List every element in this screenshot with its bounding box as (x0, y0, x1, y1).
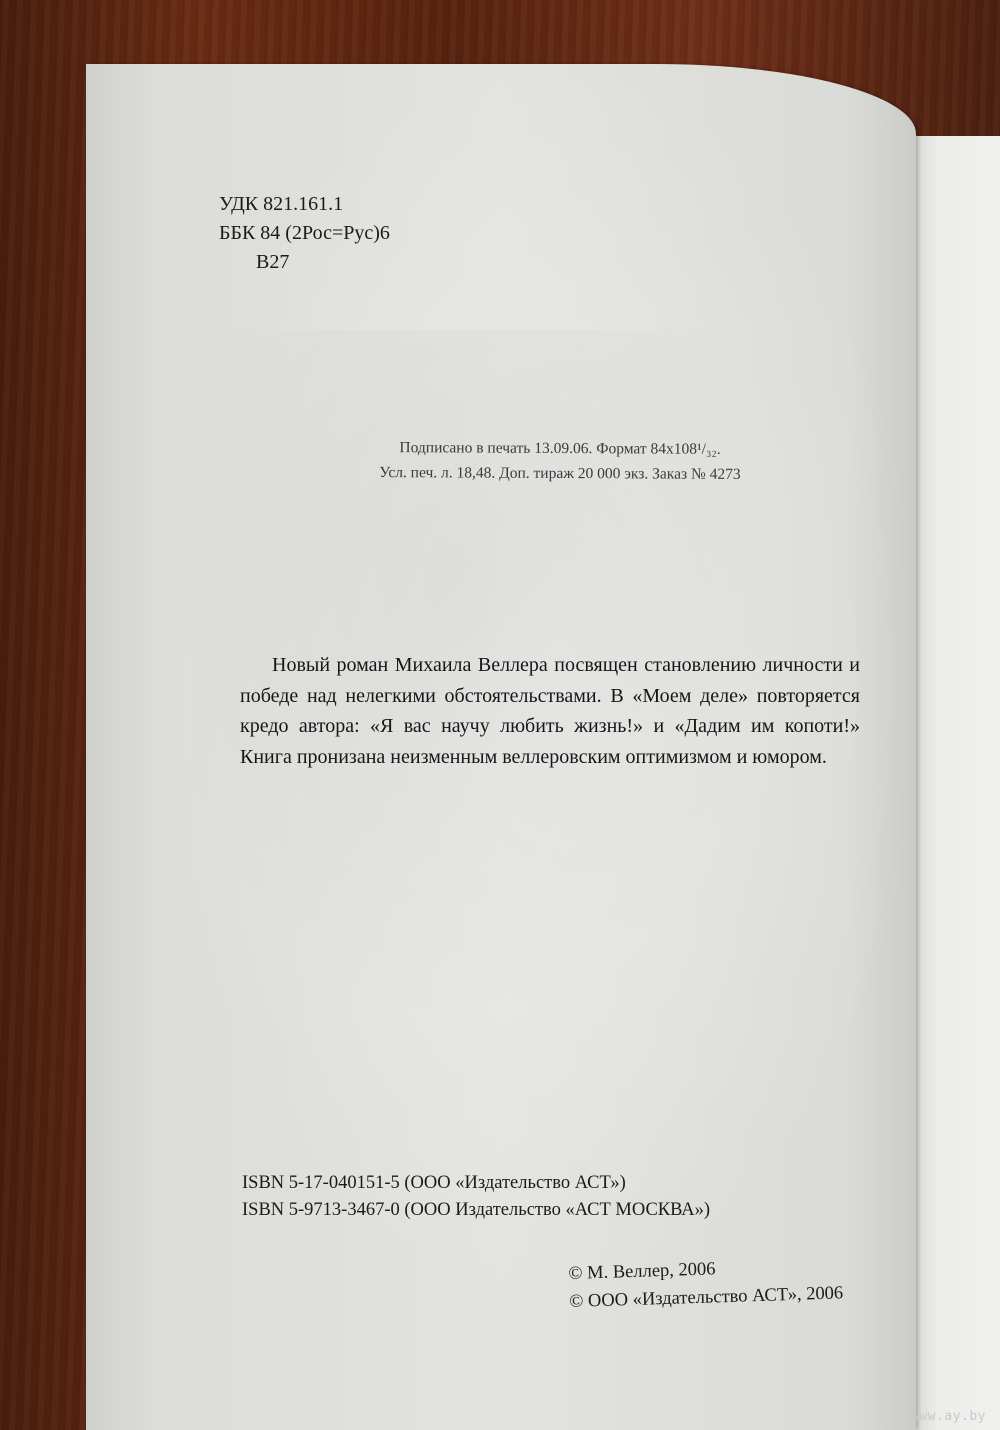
isbn-line-1: ISBN 5-17-040151-5 (ООО «Издательство АС… (242, 1170, 710, 1197)
annotation-text: Новый роман Михаила Веллера посвящен ста… (240, 650, 860, 772)
isbn-block: ISBN 5-17-040151-5 (ООО «Издательство АС… (242, 1170, 710, 1224)
bbk-code: ББК 84 (2Рос=Рус)6 (219, 219, 390, 248)
print-info: Подписано в печать 13.09.06. Формат 84x1… (300, 435, 820, 488)
print-info-line-2: Усл. печ. л. 18,48. Доп. тираж 20 000 эк… (300, 460, 820, 488)
classification-block: УДК 821.161.1 ББК 84 (2Рос=Рус)6 В27 (219, 190, 390, 277)
author-mark: В27 (219, 248, 390, 277)
facing-page (912, 136, 1000, 1430)
isbn-line-2: ISBN 5-9713-3467-0 (ООО Издательство «АС… (242, 1197, 710, 1224)
udk-code: УДК 821.161.1 (219, 190, 390, 219)
print-info-line-1: Подписано в печать 13.09.06. Формат 84x1… (300, 435, 820, 463)
copyright-block: © М. Веллер, 2006 © ООО «Издательство АС… (568, 1251, 844, 1316)
site-watermark: www.ay.by (911, 1409, 986, 1424)
book-annotation: Новый роман Михаила Веллера посвящен ста… (240, 650, 860, 772)
